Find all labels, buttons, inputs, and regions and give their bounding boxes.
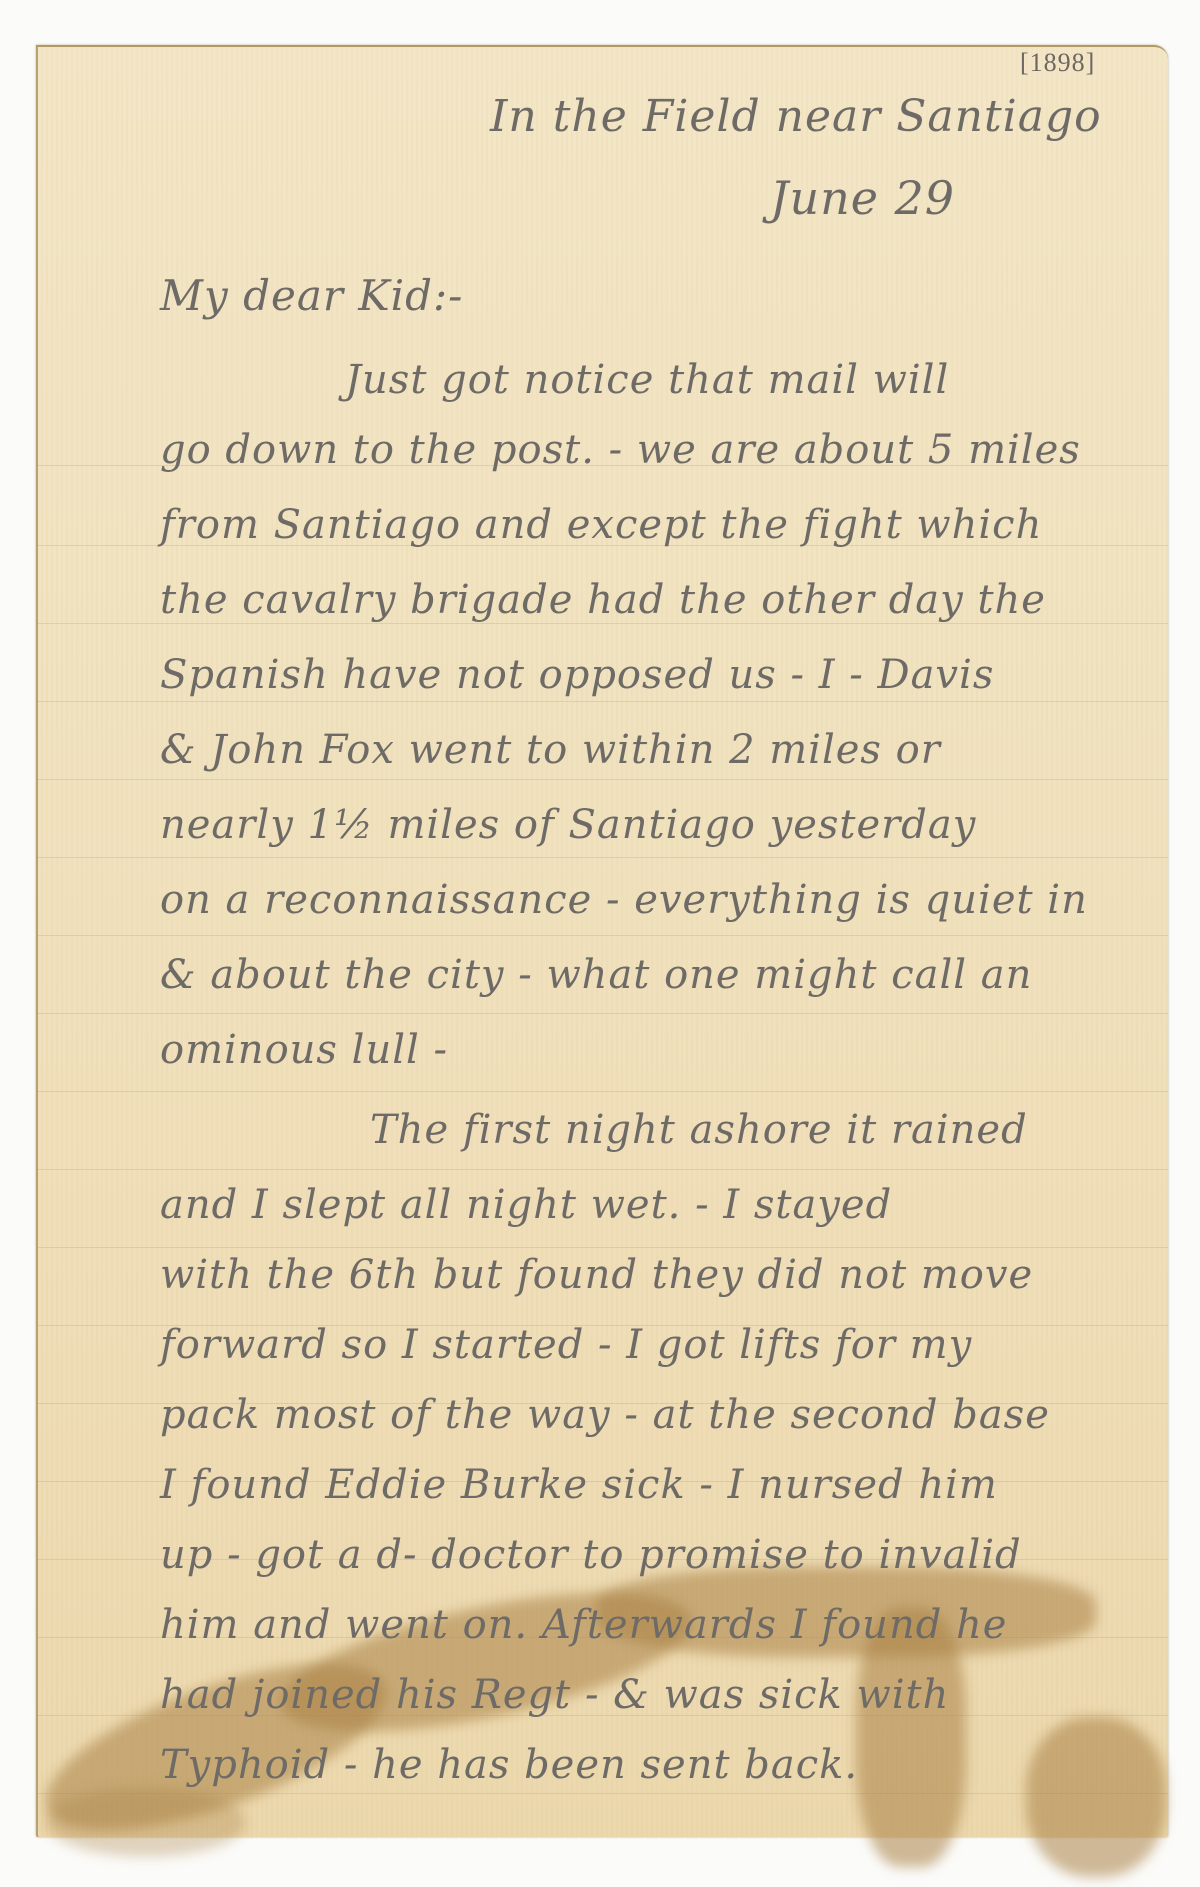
water-stain (46, 1787, 246, 1857)
letter-line: him and went on. Afterwards I found he (160, 1605, 1007, 1645)
letter-line: Just got notice that mail will (345, 360, 949, 400)
letter-line: I found Eddie Burke sick - I nursed him (160, 1465, 998, 1505)
letter-line: & John Fox went to within 2 miles or (160, 730, 941, 770)
ruled-line (36, 701, 1168, 702)
ruled-line (36, 1013, 1168, 1014)
letter-place-heading: In the Field near Santiago (490, 95, 1102, 139)
letter-line: The first night ashore it rained (370, 1110, 1028, 1150)
ruled-line (36, 779, 1168, 780)
letter-line: and I slept all night wet. - I stayed (160, 1185, 892, 1225)
letter-line: up - got a d- doctor to promise to inval… (160, 1535, 1022, 1575)
letter-line: & about the city - what one might call a… (160, 955, 1032, 995)
letter-date: June 29 (770, 175, 955, 221)
ruled-line (36, 935, 1168, 936)
ruled-line (36, 1091, 1168, 1092)
ruled-line (36, 623, 1168, 624)
ruled-line (36, 857, 1168, 858)
letter-line: from Santiago and except the fight which (160, 505, 1042, 545)
letter-line: Typhoid - he has been sent back. (160, 1745, 858, 1785)
letter-line: pack most of the way - at the second bas… (160, 1395, 1050, 1435)
water-stain (1026, 1717, 1166, 1877)
archival-date-stamp: [1898] (1020, 48, 1095, 78)
ruled-line (36, 1247, 1168, 1248)
letter-line: with the 6th but found they did not move (160, 1255, 1033, 1295)
letter-line: forward so I started - I got lifts for m… (160, 1325, 972, 1365)
letter-line: Spanish have not opposed us - I - Davis (160, 655, 994, 695)
ruled-line (36, 1169, 1168, 1170)
letter-line: go down to the post. - we are about 5 mi… (160, 430, 1081, 470)
letter-line: nearly 1½ miles of Santiago yesterday (160, 805, 976, 845)
salutation: My dear Kid:- (160, 275, 463, 317)
letter-line: ominous lull - (160, 1030, 448, 1070)
letter-line: on a reconnaissance - everything is quie… (160, 880, 1088, 920)
letter-line: had joined his Regt - & was sick with (160, 1675, 949, 1715)
letter-line: the cavalry brigade had the other day th… (160, 580, 1046, 620)
